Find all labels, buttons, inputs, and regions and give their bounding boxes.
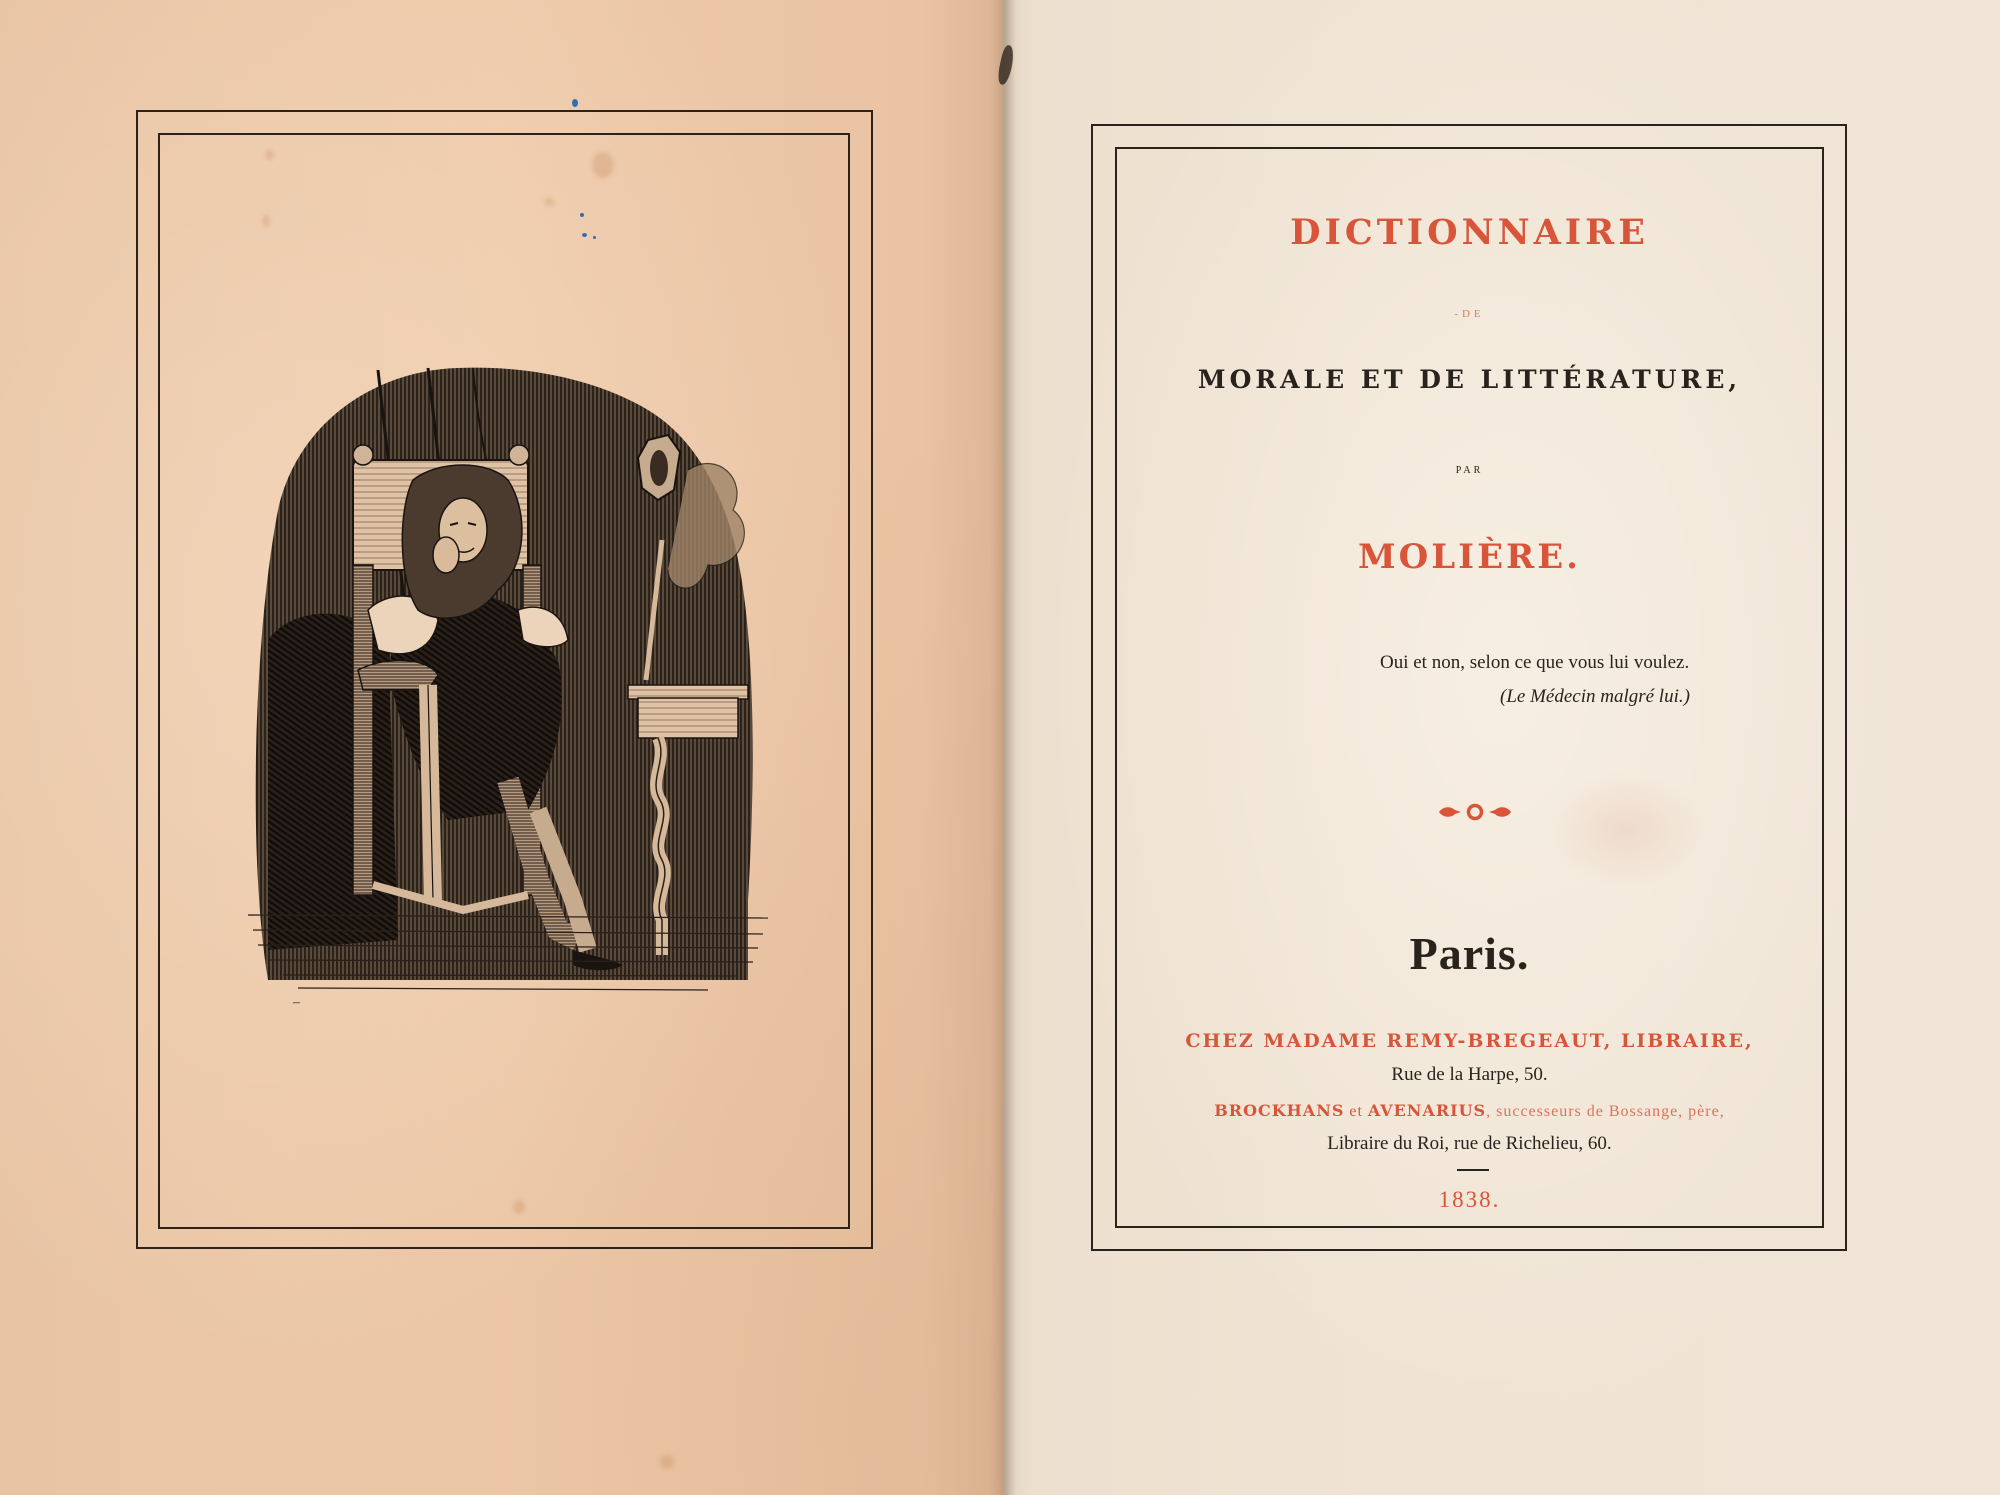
imprint-rule	[1457, 1169, 1489, 1171]
publisher-secondary-name-a: BROCKHANS	[1214, 1101, 1344, 1120]
publisher-secondary-note: , successeurs de Bossange, père,	[1486, 1103, 1725, 1120]
engraver-signature: —	[293, 1000, 301, 1007]
blue-ink-mark	[580, 213, 584, 217]
publisher-secondary-name-b: AVENARIUS	[1368, 1101, 1486, 1120]
imprint-city: Paris.	[1115, 927, 1824, 980]
blue-ink-mark	[593, 236, 596, 239]
author-name: MOLIÈRE.	[1115, 537, 1824, 577]
foxing-spot	[544, 198, 554, 206]
publication-year: 1838.	[1115, 1187, 1824, 1213]
frontispiece-engraving	[228, 340, 773, 1010]
publisher-primary: CHEZ MADAME REMY-BREGEAUT, LIBRAIRE,	[1115, 1030, 1824, 1052]
title-connector: -DE	[1115, 308, 1824, 320]
title-line-1: DICTIONNAIRE	[1115, 212, 1824, 253]
title-line-2: MORALE ET DE LITTÉRATURE,	[1115, 365, 1824, 394]
publisher-secondary-join: et	[1344, 1103, 1368, 1120]
foxing-spot	[592, 152, 614, 178]
publisher-primary-address: Rue de la Harpe, 50.	[1115, 1064, 1824, 1086]
blue-ink-mark	[572, 99, 578, 107]
by-line: PAR	[1115, 465, 1824, 476]
paper-stain	[1545, 770, 1705, 890]
book-spread: — DICTIONNAIRE -DE MORALE ET DE LITTÉRAT…	[0, 0, 2000, 1495]
blue-ink-mark	[582, 233, 587, 237]
foxing-spot	[265, 150, 274, 160]
publisher-secondary-address: Libraire du Roi, rue de Richelieu, 60.	[1115, 1133, 1824, 1155]
publisher-secondary: BROCKHANS et AVENARIUS, successeurs de B…	[1115, 1101, 1824, 1121]
epigraph-source: (Le Médecin malgré lui.)	[1500, 686, 1690, 708]
foxing-spot	[513, 1200, 525, 1214]
gutter	[990, 0, 1016, 1495]
foxing-spot	[262, 215, 270, 227]
fleuron-ornament-icon	[1435, 800, 1515, 824]
moliere-portrait-illustration	[228, 340, 773, 1010]
foxing-spot	[660, 1455, 674, 1469]
epigraph-quote: Oui et non, selon ce que vous lui voulez…	[1380, 652, 1689, 674]
